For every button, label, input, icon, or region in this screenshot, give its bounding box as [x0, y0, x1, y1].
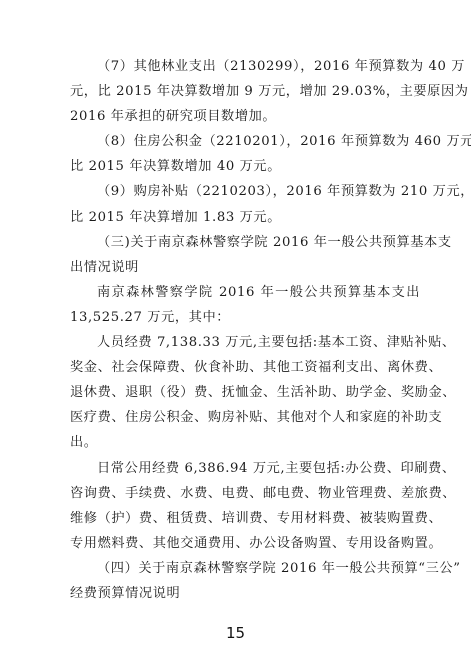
public-expenses-line-4: 专用燃料费、其他交通费用、办公设备购置、专用设备购置。 [70, 531, 420, 556]
section-3-heading-line-2: 出情况说明 [70, 255, 420, 280]
section-3-heading-line-1: （三)关于南京森林警察学院 2016 年一般公共预算基本支 [70, 230, 420, 255]
basic-expenditure-line-1: 南京森林警察学院 2016 年一般公共预算基本支出 [70, 280, 420, 305]
paragraph-9-line-1: （9）购房补贴（2210203），2016 年预算数为 210 万元， [70, 179, 420, 204]
page-number: 15 [0, 624, 471, 642]
personnel-expenses-line-5: 出。 [70, 430, 420, 455]
paragraph-7-line-1: （7）其他林业支出（2130299），2016 年预算数为 40 万 [70, 54, 420, 79]
public-expenses-line-1: 日常公用经费 6,386.94 万元,主要包括:办公费、印刷费、 [70, 456, 420, 481]
public-expenses-line-3: 维修（护）费、租赁费、培训费、专用材料费、被装购置费、 [70, 506, 420, 531]
personnel-expenses-line-1: 人员经费 7,138.33 万元,主要包括:基本工资、津贴补贴、 [70, 330, 420, 355]
paragraph-7-line-3: 2016 年承担的研究项目数增加。 [70, 104, 420, 129]
personnel-expenses-line-3: 退休费、退职（役）费、抚恤金、生活补助、助学金、奖励金、 [70, 380, 420, 405]
paragraph-8-line-2: 比 2015 年决算数增加 40 万元。 [70, 154, 420, 179]
personnel-expenses-line-2: 奖金、社会保障费、伙食补助、其他工资福利支出、离休费、 [70, 355, 420, 380]
basic-expenditure-line-2: 13,525.27 万元，其中： [70, 305, 420, 330]
paragraph-7-line-2: 元，比 2015 年决算数增加 9 万元，增加 29.03%，主要原因为 [70, 79, 420, 104]
public-expenses-line-2: 咨询费、手续费、水费、电费、邮电费、物业管理费、差旅费、 [70, 481, 420, 506]
personnel-expenses-line-4: 医疗费、住房公积金、购房补贴、其他对个人和家庭的补助支 [70, 405, 420, 430]
document-body: （7）其他林业支出（2130299），2016 年预算数为 40 万 元，比 2… [70, 54, 420, 606]
section-4-heading-line-2: 经费预算情况说明 [70, 581, 420, 606]
paragraph-9-line-2: 比 2015 年决算增加 1.83 万元。 [70, 205, 420, 230]
section-4-heading-line-1: （四）关于南京森林警察学院 2016 年一般公共预算“三公” [70, 556, 420, 581]
paragraph-8-line-1: （8）住房公积金（2210201），2016 年预算数为 460 万元， [70, 129, 420, 154]
